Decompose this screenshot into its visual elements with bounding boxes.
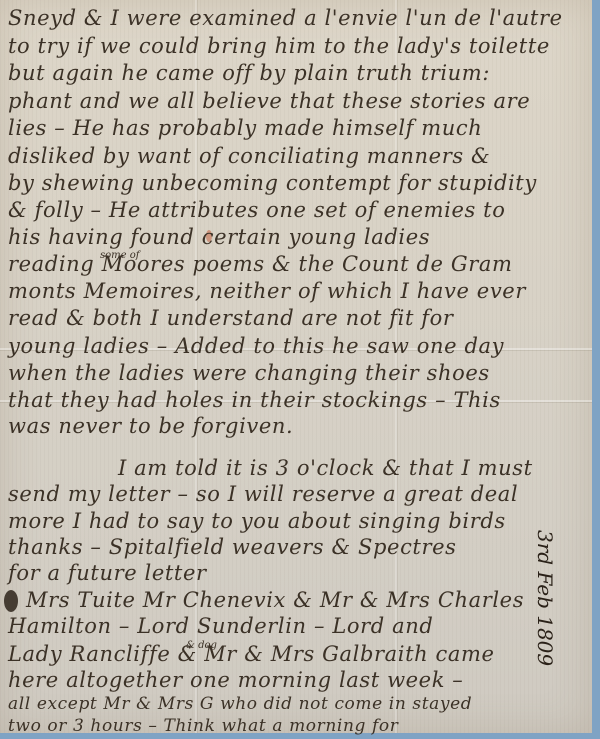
letter-line: disliked by want of conciliating manners… (8, 144, 490, 168)
letter-line: here altogether one morning last week – (8, 668, 463, 692)
letter-line: for a future letter (8, 561, 207, 585)
letter-line: to try if we could bring him to the lady… (8, 34, 550, 58)
letter-line: lies – He has probably made himself much (8, 116, 482, 140)
letter-line: thanks – Spitalfield weavers & Spectres (8, 535, 457, 559)
margin-date: 3rd Feb 1809 (533, 530, 557, 666)
letter-line: by shewing unbecoming contempt for stupi… (8, 171, 537, 195)
letter-line: read & both I understand are not fit for (8, 306, 454, 330)
letter-line: phant and we all believe that these stor… (8, 89, 530, 113)
letter-line: all except Mr & Mrs G who did not come i… (8, 694, 472, 714)
letter-line: I am told it is 3 o'clock & that I must (118, 456, 533, 480)
letter-line: more I had to say to you about singing b… (8, 509, 506, 533)
letter-line: two or 3 hours – Think what a morning fo… (8, 716, 398, 736)
letter-line: & folly – He attributes one set of enemi… (8, 198, 505, 222)
letter-line: young ladies – Added to this he saw one … (8, 334, 504, 358)
letter-line: was never to be forgiven. (8, 414, 293, 438)
letter-line: when the ladies were changing their shoe… (8, 361, 490, 385)
letter-line: Hamilton – Lord Sunderlin – Lord and (8, 614, 433, 638)
letter-page: Sneyd & I were examined a l'envie l'un d… (0, 0, 592, 733)
letter-line: but again he came off by plain truth tri… (8, 61, 490, 85)
letter-line: that they had holes in their stockings –… (8, 388, 501, 412)
letter-line: his having found certain young ladies (8, 225, 430, 249)
ink-blot (4, 590, 18, 612)
letter-line: send my letter – so I will reserve a gre… (8, 482, 518, 506)
letter-line: Sneyd & I were examined a l'envie l'un d… (8, 6, 563, 30)
letter-line: reading Moores poems & the Count de Gram (8, 252, 512, 276)
letter-line: Lady Rancliffe & Mr & Mrs Galbraith came (8, 642, 495, 666)
letter-line: monts Memoires, neither of which I have … (8, 279, 526, 303)
letter-line: Mrs Tuite Mr Chenevix & Mr & Mrs Charles (26, 588, 524, 612)
